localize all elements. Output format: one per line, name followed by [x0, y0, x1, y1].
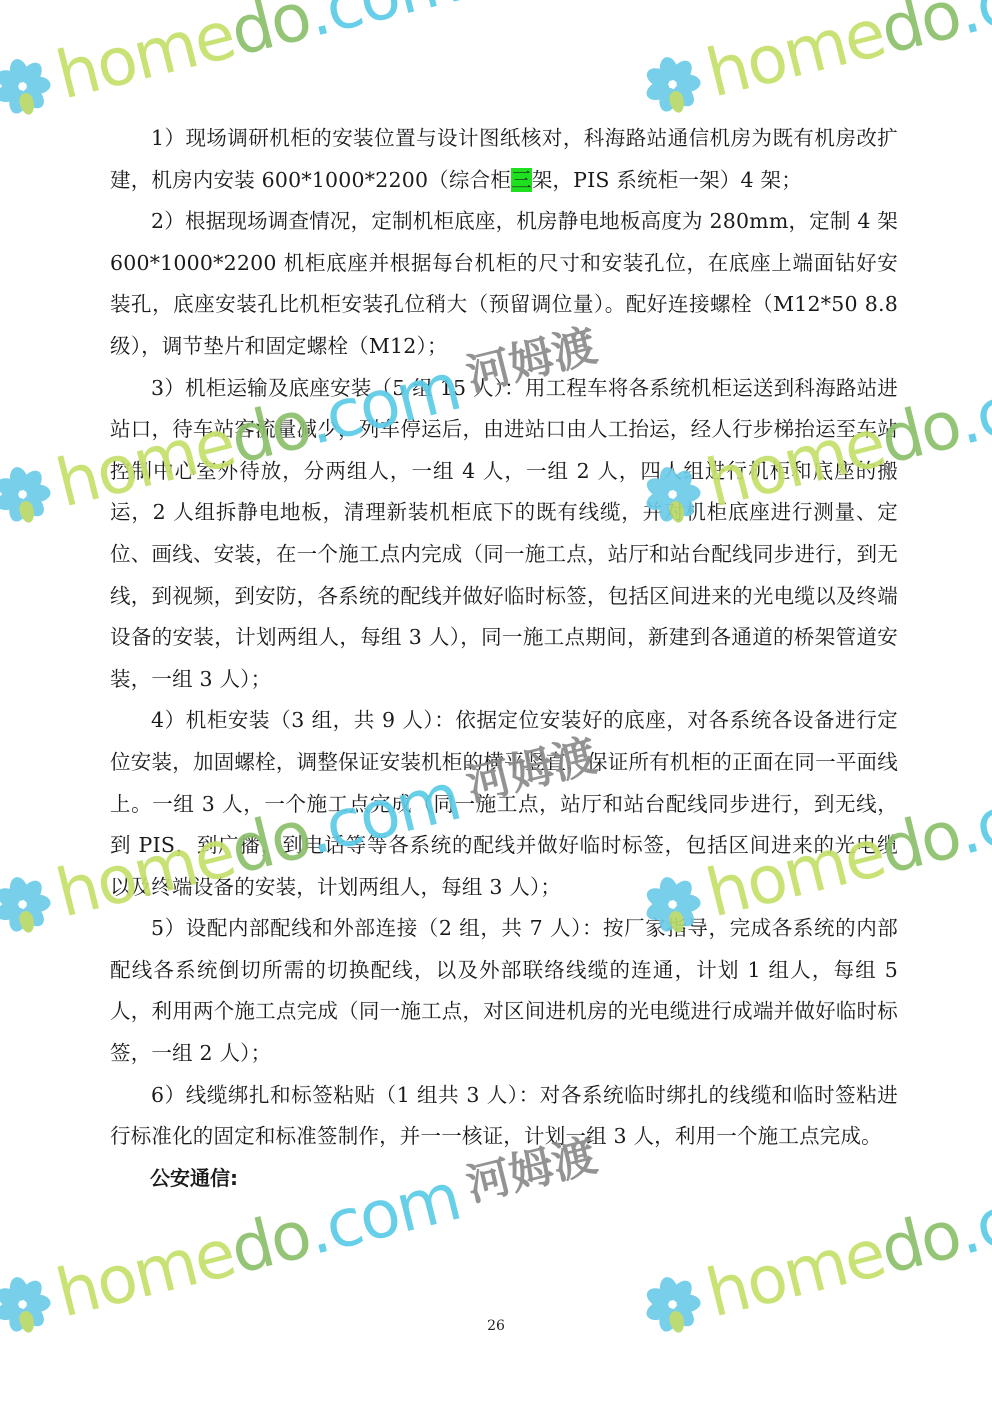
page-number: 26 [0, 1318, 992, 1334]
paragraph-text: 架，PIS 系统柜一架）4 架； [532, 168, 802, 192]
watermark-com: .com [949, 0, 992, 50]
peacock-flower-logo-icon [0, 457, 60, 532]
paragraph-3: 3）机柜运输及底座安装（5 组 15 人）：用工程车将各系统机柜运送到科海路站进… [110, 368, 898, 701]
paragraph-5: 5）设配内部配线和外部连接（2 组，共 7 人）：按厂家指导，完成各系统的内部配… [110, 908, 898, 1074]
watermark-com: .com [949, 758, 992, 870]
watermark-do: do [223, 0, 318, 71]
watermark-com: .com [299, 0, 467, 52]
paragraph-1: 1）现场调研机柜的安装位置与设计图纸核对，科海路站通信机房为既有机房改扩建，机房… [110, 118, 898, 201]
watermark: homedo.com [635, 0, 992, 122]
watermark: homedo.com河姆渡 [0, 0, 605, 124]
watermark-do: do [223, 1195, 318, 1289]
watermark-home: home [49, 0, 241, 114]
watermark-do: do [873, 0, 968, 69]
watermark-do: do [873, 1195, 968, 1289]
peacock-flower-logo-icon [0, 49, 60, 124]
paragraph-2: 2）根据现场调查情况，定制机柜底座，机房静电地板高度为 280mm，定制 4 架… [110, 201, 898, 367]
paragraph-4: 4）机柜安装（3 组，共 9 人）：依据定位安装好的底座，对各系统各设备进行定位… [110, 700, 898, 908]
watermark-com: .com [949, 348, 992, 460]
watermark-home: home [699, 1214, 891, 1332]
watermark-home: home [699, 0, 891, 112]
watermark-com: .com [949, 1158, 992, 1270]
highlighted-text: 三 [511, 168, 532, 192]
peacock-flower-logo-icon [0, 867, 60, 942]
page-content: 1）现场调研机柜的安装位置与设计图纸核对，科海路站通信机房为既有机房改扩建，机房… [110, 118, 898, 1199]
peacock-flower-logo-icon [635, 47, 710, 122]
document-page: 1）现场调研机柜的安装位置与设计图纸核对，科海路站通信机房为既有机房改扩建，机房… [0, 0, 992, 1403]
watermark-home: home [49, 1214, 241, 1332]
section-heading: 公安通信: [110, 1158, 898, 1200]
paragraph-6: 6）线缆绑扎和标签粘贴（1 组共 3 人）：对各系统临时绑扎的线缆和临时签粘进行… [110, 1075, 898, 1158]
